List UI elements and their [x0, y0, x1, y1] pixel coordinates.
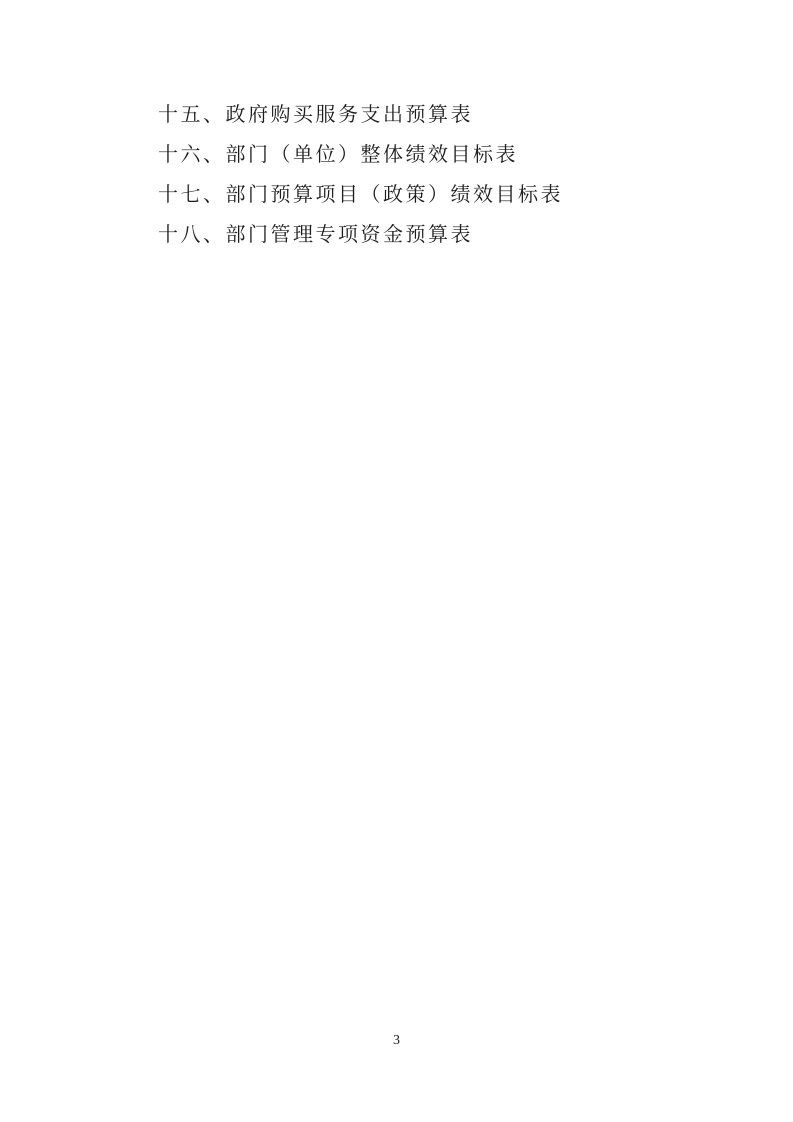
toc-item: 十八、部门管理专项资金预算表 — [158, 215, 733, 255]
toc-item: 十六、部门（单位）整体绩效目标表 — [158, 135, 733, 175]
toc-item: 十七、部门预算项目（政策）绩效目标表 — [158, 175, 733, 215]
page-footer: 3 — [0, 1031, 793, 1051]
toc-item: 十五、政府购买服务支出预算表 — [158, 95, 733, 135]
toc-list: 十五、政府购买服务支出预算表 十六、部门（单位）整体绩效目标表 十七、部门预算项… — [158, 95, 733, 255]
document-page: 十五、政府购买服务支出预算表 十六、部门（单位）整体绩效目标表 十七、部门预算项… — [0, 0, 793, 1122]
page-number: 3 — [393, 1033, 400, 1048]
